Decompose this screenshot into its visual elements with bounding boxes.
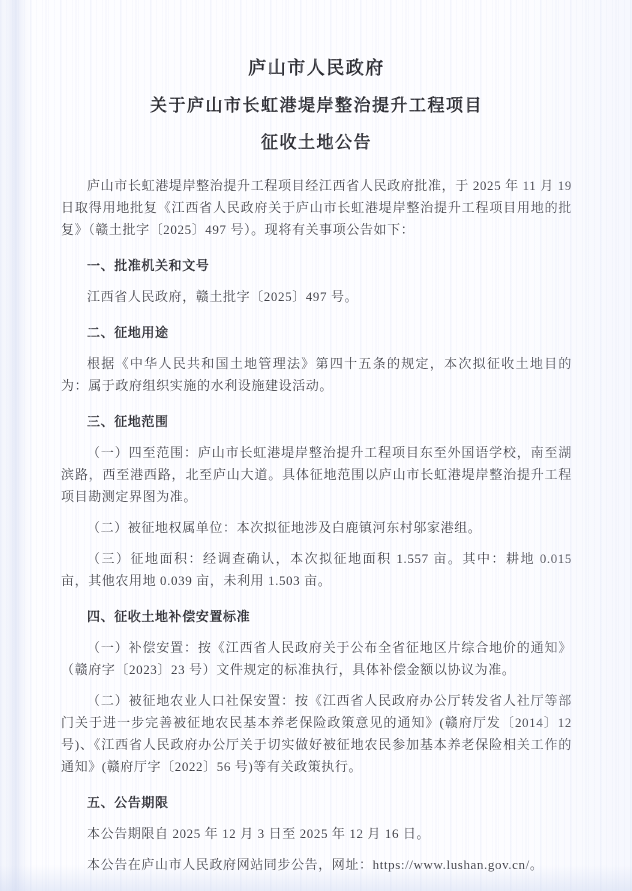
section-4-heading: 四、征收土地补偿安置标准 <box>61 606 572 628</box>
intro-paragraph: 庐山市长虹港堤岸整治提升工程项目经江西省人民政府批准，于 2025 年 11 月… <box>61 175 572 241</box>
section-5-heading: 五、公告期限 <box>61 792 572 814</box>
section-3-paragraph-2: （二）被征地权属单位：本次拟征地涉及白鹿镇河东村邬家港组。 <box>61 517 572 539</box>
section-5-paragraph-1: 本公告期限自 2025 年 12 月 3 日至 2025 年 12 月 16 日… <box>61 823 572 845</box>
section-1-heading: 一、批准机关和文号 <box>61 255 572 277</box>
notice-title-project: 关于庐山市长虹港堤岸整治提升工程项目 <box>61 87 572 124</box>
scan-left-streak <box>6 0 32 891</box>
section-4-paragraph-2: （二）被征地农业人口社保安置：按《江西省人民政府办公厅转发省人社厅等部门关于进一… <box>61 690 572 778</box>
section-4-paragraph-1: （一）补偿安置：按《江西省人民政府关于公布全省征地区片综合地价的通知》（赣府字〔… <box>61 637 572 681</box>
section-2-paragraph-1: 根据《中华人民共和国土地管理法》第四十五条的规定，本次拟征收土地目的为：属于政府… <box>61 353 572 397</box>
document-page: 庐山市人民政府 关于庐山市长虹港堤岸整治提升工程项目 征收土地公告 庐山市长虹港… <box>61 50 572 885</box>
section-3-paragraph-1: （一）四至范围：庐山市长虹港堤岸整治提升工程项目东至外国语学校，南至湖滨路，西至… <box>61 442 572 508</box>
notice-title-block: 庐山市人民政府 关于庐山市长虹港堤岸整治提升工程项目 征收土地公告 <box>61 50 572 161</box>
section-3-paragraph-3: （三）征地面积：经调查确认，本次拟征地面积 1.557 亩。其中：耕地 0.01… <box>61 548 572 592</box>
notice-title-org: 庐山市人民政府 <box>61 50 572 87</box>
section-1-paragraph-1: 江西省人民政府，赣土批字〔2025〕497 号。 <box>61 286 572 308</box>
section-2-heading: 二、征地用途 <box>61 322 572 344</box>
notice-title-type: 征收土地公告 <box>61 124 572 161</box>
section-3-heading: 三、征地范围 <box>61 411 572 433</box>
section-5-paragraph-2: 本公告在庐山市人民政府网站同步公告，网址：https://www.lushan.… <box>61 854 572 876</box>
